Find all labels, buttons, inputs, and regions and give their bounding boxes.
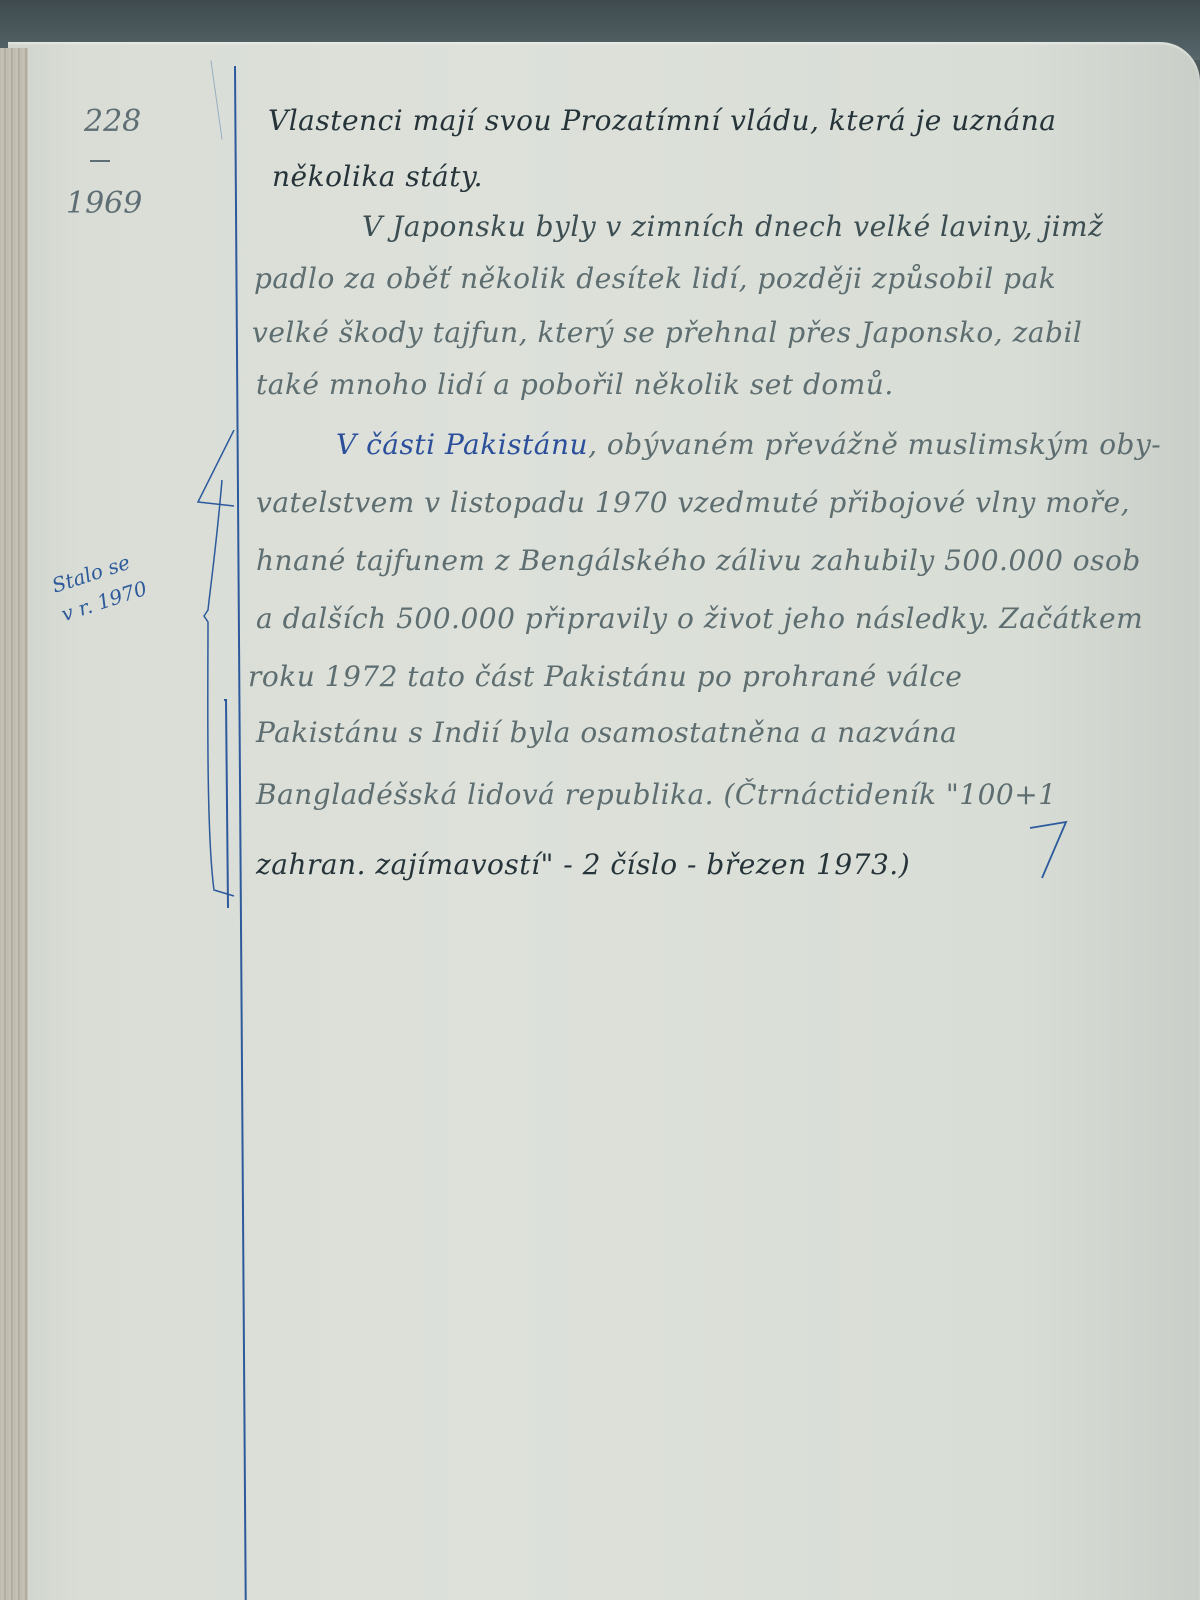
text-line-1: Vlastenci mají svou Prozatímní vládu, kt… bbox=[268, 104, 1056, 137]
margin-bracket-icon bbox=[196, 430, 236, 910]
text-line-2: několika státy. bbox=[272, 160, 483, 193]
text-line-4: padlo za oběť několik desítek lidí, pozd… bbox=[254, 262, 1056, 295]
text-line-3: V Japonsku byly v zimních dnech velké la… bbox=[362, 210, 1103, 243]
page-number: 228 bbox=[84, 104, 141, 139]
highlighted-phrase: V části Pakistánu bbox=[336, 428, 588, 461]
margin-year: 1969 bbox=[66, 186, 142, 221]
text-line-13: Bangladéšská lidová republika. (Čtrnácti… bbox=[256, 778, 1057, 811]
text-line-12: Pakistánu s Indií byla osamostatněna a n… bbox=[256, 716, 957, 749]
text-line-6: také mnoho lidí a pobořil několik set do… bbox=[256, 368, 894, 401]
page-edges bbox=[0, 48, 28, 1600]
text-line-14: zahran. zajímavostí" - 2 číslo - březen … bbox=[256, 848, 910, 881]
text-line-11: roku 1972 tato část Pakistánu po prohran… bbox=[248, 660, 962, 693]
text-line-5: velké škody tajfun, který se přehnal pře… bbox=[252, 316, 1082, 349]
separator-dash bbox=[90, 160, 110, 162]
text-line-7: V části Pakistánu, obývaném převážně mus… bbox=[336, 428, 1161, 461]
text-line-10: a dalších 500.000 připravily o život jeh… bbox=[256, 602, 1143, 635]
text-line-8: vatelstvem v listopadu 1970 vzedmuté při… bbox=[256, 486, 1130, 519]
bracket-mark-icon bbox=[1020, 820, 1080, 880]
text-line-9: hnané tajfunem z Bengálského zálivu zahu… bbox=[256, 544, 1141, 577]
